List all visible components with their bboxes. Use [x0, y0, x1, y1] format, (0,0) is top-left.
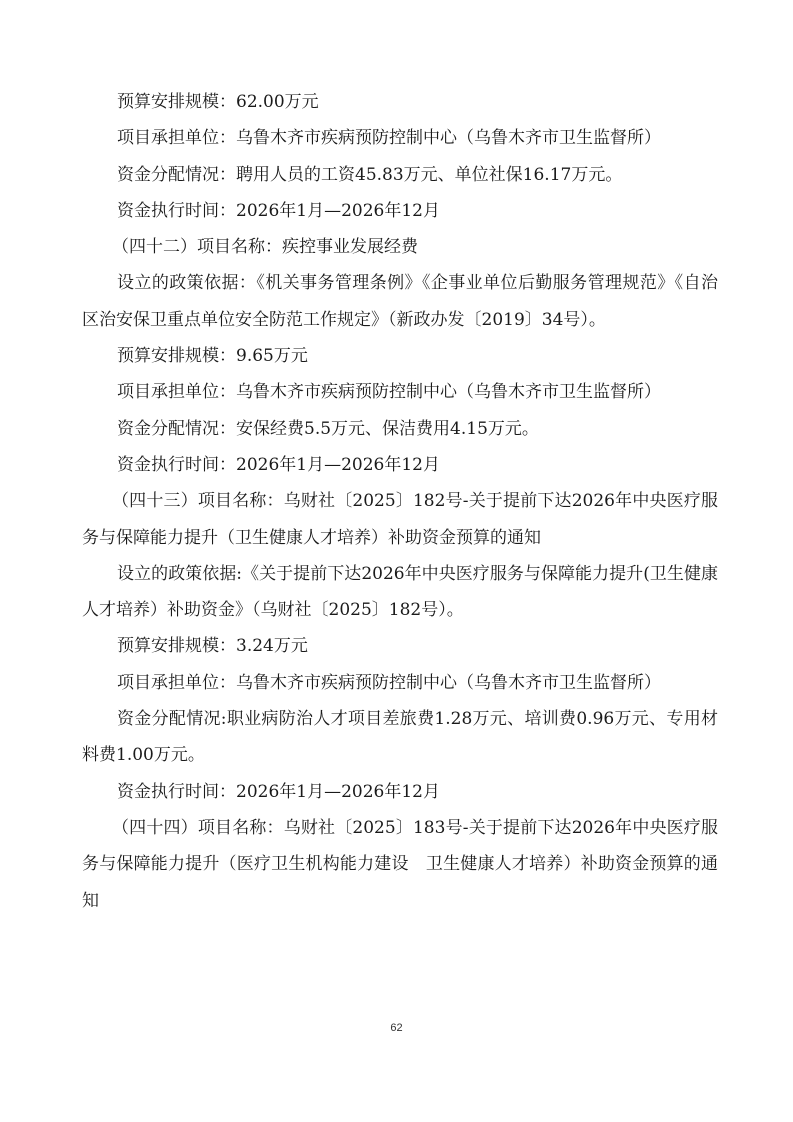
project-heading-43: （四十三）项目名称：乌财社〔2025〕182号-关于提前下达2026年中央医疗服… — [82, 483, 718, 556]
page-number: 62 — [0, 1022, 793, 1034]
project-heading-44: （四十四）项目名称：乌财社〔2025〕183号-关于提前下达2026年中央医疗服… — [82, 810, 718, 919]
document-body: 预算安排规模：62.00万元 项目承担单位：乌鲁木齐市疾病预防控制中心（乌鲁木齐… — [82, 84, 718, 919]
project-heading-42: （四十二）项目名称：疾控事业发展经费 — [82, 229, 718, 265]
budget-scale-43: 预算安排规模：3.24万元 — [82, 628, 718, 664]
fund-allocation-42: 资金分配情况：安保经费5.5万元、保洁费用4.15万元。 — [82, 411, 718, 447]
responsible-unit-41: 项目承担单位：乌鲁木齐市疾病预防控制中心（乌鲁木齐市卫生监督所） — [82, 120, 718, 156]
execution-period-43: 资金执行时间：2026年1月—2026年12月 — [82, 774, 718, 810]
responsible-unit-43: 项目承担单位：乌鲁木齐市疾病预防控制中心（乌鲁木齐市卫生监督所） — [82, 665, 718, 701]
execution-period-42: 资金执行时间：2026年1月—2026年12月 — [82, 447, 718, 483]
fund-allocation-43: 资金分配情况:职业病防治人才项目差旅费1.28万元、培训费0.96万元、专用材料… — [82, 701, 718, 774]
responsible-unit-42: 项目承担单位：乌鲁木齐市疾病预防控制中心（乌鲁木齐市卫生监督所） — [82, 374, 718, 410]
policy-basis-43: 设立的政策依据:《关于提前下达2026年中央医疗服务与保障能力提升(卫生健康人才… — [82, 556, 718, 629]
budget-scale-42: 预算安排规模：9.65万元 — [82, 338, 718, 374]
fund-allocation-41: 资金分配情况：聘用人员的工资45.83万元、单位社保16.17万元。 — [82, 157, 718, 193]
policy-basis-42: 设立的政策依据：《机关事务管理条例》《企事业单位后勤服务管理规范》《自治区治安保… — [82, 265, 718, 338]
budget-scale-41: 预算安排规模：62.00万元 — [82, 84, 718, 120]
execution-period-41: 资金执行时间：2026年1月—2026年12月 — [82, 193, 718, 229]
